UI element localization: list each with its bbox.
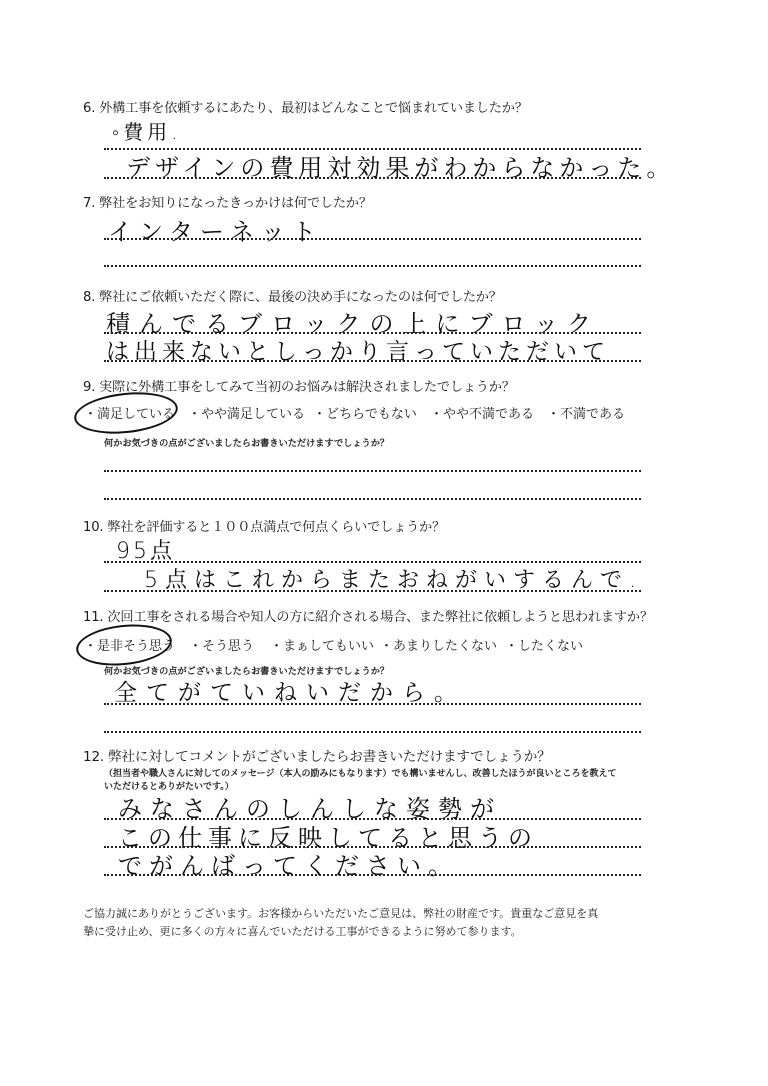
question-6-label: 6. 外構工事を依頼するにあたり、最初はどんなことで悩まれていましたか？ xyxy=(83,97,528,116)
answer-line xyxy=(104,590,641,592)
question-6-answer-line-1: ◦費用. xyxy=(112,116,181,145)
option-dissatisfied[interactable]: ・不満である xyxy=(547,403,625,422)
question-7-answer-line-1: インターネット xyxy=(108,212,323,247)
option-maybe[interactable]: ・まぁしてもいい xyxy=(270,635,380,654)
answer-line xyxy=(104,731,641,733)
closing-message: ご協力誠にありがとうございます。お客様からいただいたご意見は、弊社の財産です。貴… xyxy=(83,905,683,941)
question-12-note-1: （担当者や職人さんに対してのメッセージ（本人の励みにもなります）でも構いませんし… xyxy=(104,766,616,779)
answer-line xyxy=(104,874,641,876)
option-yes[interactable]: ・そう思う xyxy=(189,635,270,654)
closing-message-line-1: ご協力誠にありがとうございます。お客様からいただいたご意見は、弊社の財産です。貴… xyxy=(83,905,683,923)
survey-page: 6. 外構工事を依頼するにあたり、最初はどんなことで悩まれていましたか？ ◦費用… xyxy=(0,0,768,1086)
selected-option-circle xyxy=(72,388,180,439)
question-7-label: 7. 弊社をお知りになったきっかけは何でしたか？ xyxy=(83,192,372,211)
answer-line xyxy=(104,498,641,500)
option-no[interactable]: ・したくない xyxy=(505,635,583,654)
answer-line xyxy=(104,360,641,362)
question-10-label: 10. 弊社を評価すると１００点満点で何点くらいでしょうか？ xyxy=(83,516,445,535)
question-9-comment-prompt: 何かお気づきの点がございましたらお書きいただけますでしょうか？ xyxy=(104,435,389,449)
question-11-label: 11. 次回工事をされる場合や知人の方に紹介される場合、また弊社に依頼しようと思… xyxy=(83,606,653,625)
option-somewhat-dissatisfied[interactable]: ・やや不満である xyxy=(430,403,547,422)
option-not-really[interactable]: ・あまりしたくない xyxy=(380,635,505,654)
answer-line xyxy=(104,265,641,267)
question-8-label: 8. 弊社にご依頼いただく際に、最後の決め手になったのは何でしたか？ xyxy=(83,286,502,305)
closing-message-line-2: 摯に受け止め、更に多くの方々に喜んでいただける工事ができるように努めて参ります。 xyxy=(83,923,683,941)
answer-line xyxy=(104,238,641,240)
answer-line xyxy=(104,470,641,472)
answer-line xyxy=(104,177,641,179)
option-somewhat-satisfied[interactable]: ・やや満足している xyxy=(188,403,313,422)
answer-line xyxy=(104,703,641,705)
option-neutral[interactable]: ・どちらでもない xyxy=(313,403,430,422)
question-12-label: 12. 弊社に対してコメントがございましたらお書きいただけますでしょうか？ xyxy=(83,745,551,765)
